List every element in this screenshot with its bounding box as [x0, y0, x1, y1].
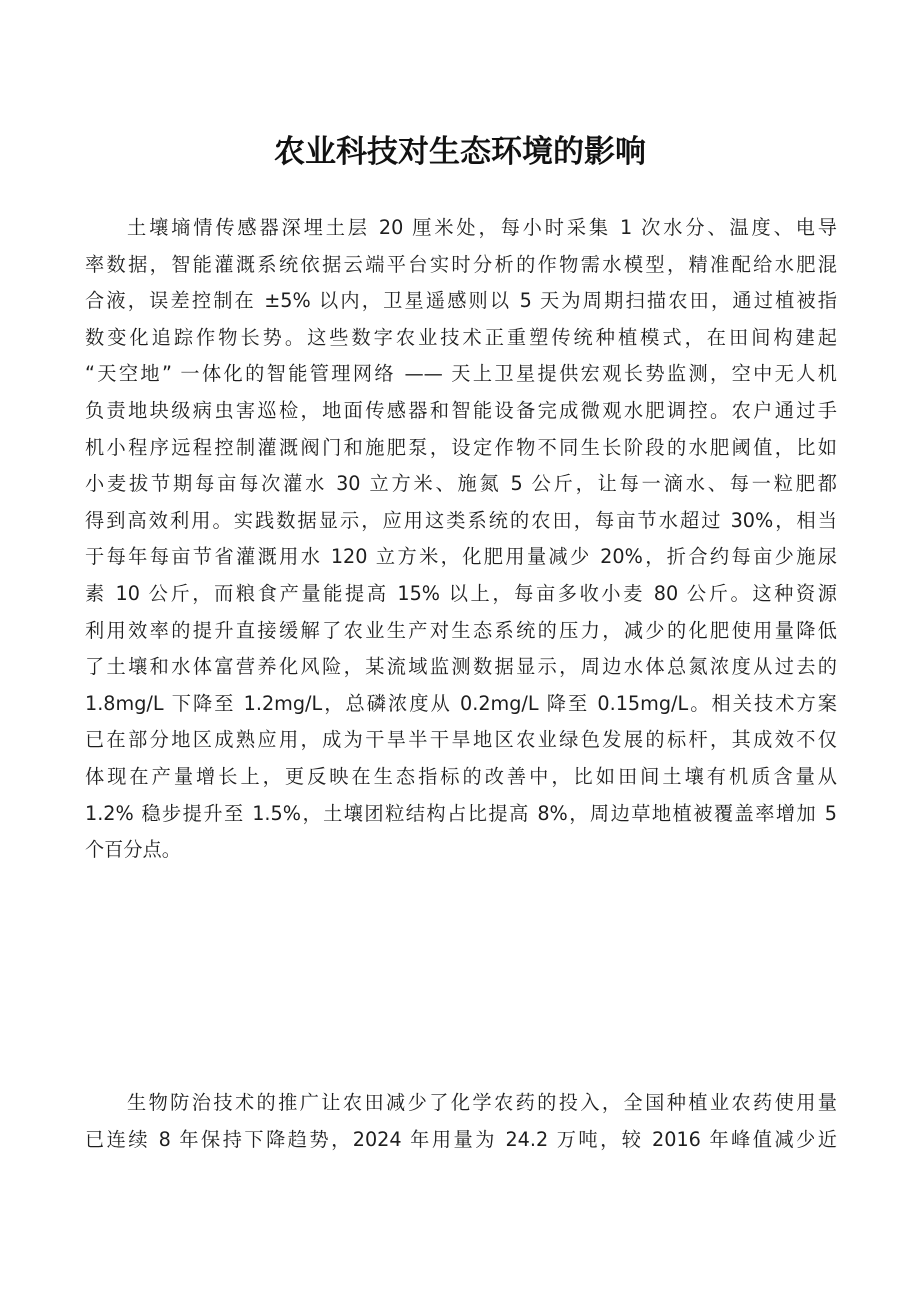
paragraph-line: 合液，误差控制在 ±5% 以内，卫星遥感则以 5 天为周期扫描农田，通过植被指	[85, 283, 837, 320]
paragraph-line: 土壤墒情传感器深埋土层 20 厘米处，每小时采集 1 次水分、温度、电导	[85, 210, 837, 247]
paragraph-line: 个百分点。	[85, 832, 837, 869]
paragraph-line: 已连续 8 年保持下降趋势，2024 年用量为 24.2 万吨，较 2016 年…	[85, 1122, 837, 1159]
paragraph-line: 1.2% 稳步提升至 1.5%，土壤团粒结构占比提高 8%，周边草地植被覆盖率增…	[85, 796, 837, 833]
document-title: 农业科技对生态环境的影响	[0, 128, 920, 176]
paragraph-1: 土壤墒情传感器深埋土层 20 厘米处，每小时采集 1 次水分、温度、电导 率数据…	[85, 210, 837, 869]
paragraph-line: “天空地” 一体化的智能管理网络 —— 天上卫星提供宏观长势监测，空中无人机	[85, 356, 837, 393]
paragraph-2: 生物防治技术的推广让农田减少了化学农药的投入，全国种植业农药使用量 已连续 8 …	[85, 1085, 837, 1158]
paragraph-line: 生物防治技术的推广让农田减少了化学农药的投入，全国种植业农药使用量	[85, 1085, 837, 1122]
paragraph-line: 小麦拔节期每亩每次灌水 30 立方米、施氮 5 公斤，让每一滴水、每一粒肥都	[85, 466, 837, 503]
paragraph-line: 机小程序远程控制灌溉阀门和施肥泵，设定作物不同生长阶段的水肥阈值，比如	[85, 430, 837, 467]
paragraph-line: 数变化追踪作物长势。这些数字农业技术正重塑传统种植模式，在田间构建起	[85, 320, 837, 357]
paragraph-line: 已在部分地区成熟应用，成为干旱半干旱地区农业绿色发展的标杆，其成效不仅	[85, 722, 837, 759]
paragraph-line: 率数据，智能灌溉系统依据云端平台实时分析的作物需水模型，精准配给水肥混	[85, 247, 837, 284]
paragraph-line: 得到高效利用。实践数据显示，应用这类系统的农田，每亩节水超过 30%，相当	[85, 503, 837, 540]
paragraph-line: 利用效率的提升直接缓解了农业生产对生态系统的压力，减少的化肥使用量降低	[85, 613, 837, 650]
paragraph-line: 体现在产量增长上，更反映在生态指标的改善中，比如田间土壤有机质含量从	[85, 759, 837, 796]
paragraph-line: 负责地块级病虫害巡检，地面传感器和智能设备完成微观水肥调控。农户通过手	[85, 393, 837, 430]
paragraph-line: 了土壤和水体富营养化风险，某流域监测数据显示，周边水体总氮浓度从过去的	[85, 649, 837, 686]
paragraph-line: 于每年每亩节省灌溉用水 120 立方米，化肥用量减少 20%，折合约每亩少施尿	[85, 539, 837, 576]
paragraph-line: 素 10 公斤，而粮食产量能提高 15% 以上，每亩多收小麦 80 公斤。这种资…	[85, 576, 837, 613]
document-page: 农业科技对生态环境的影响 土壤墒情传感器深埋土层 20 厘米处，每小时采集 1 …	[0, 0, 920, 1302]
paragraph-line: 1.8mg/L 下降至 1.2mg/L，总磷浓度从 0.2mg/L 降至 0.1…	[85, 686, 837, 723]
